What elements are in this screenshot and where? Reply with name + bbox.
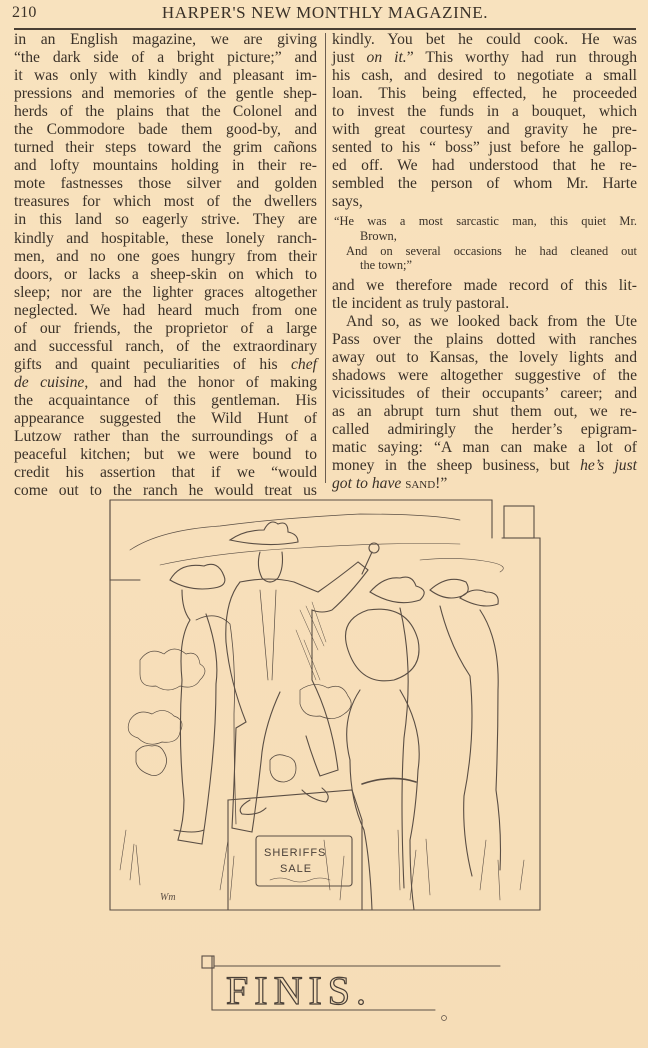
page-header: 210 HARPER'S NEW MONTHLY MAGAZINE. xyxy=(12,0,638,26)
text-line: Lutzow rather than the surroundings of a xyxy=(14,428,317,446)
text-line-mixed: money in the sheep business, but he’s ju… xyxy=(332,457,637,475)
verse-line: Brown, xyxy=(332,229,637,244)
page-number: 210 xyxy=(12,4,72,22)
italic-text-on-it: on it. xyxy=(367,49,407,66)
italic-text-de-cuisine: de cuisine xyxy=(14,374,84,391)
text-run: money in the sheep business, but xyxy=(332,457,570,474)
text-line: tle incident as truly pastoral. xyxy=(332,295,637,313)
finis-title: FINIS. xyxy=(226,968,372,1013)
text-line: treasures for which most of the dwellers xyxy=(14,193,317,211)
text-run: , and had the honor of making xyxy=(84,374,317,391)
text-line: ed off. We had understood that he re- xyxy=(332,157,637,175)
text-run: gifts and quaint peculiarities of his xyxy=(14,356,278,373)
illustration-sheriffs-sale: SHERIFFS SALE FIN xyxy=(100,490,560,1038)
verse-line: “He was a most sarcastic man, this quiet… xyxy=(332,214,637,229)
sign-text-sale: SALE xyxy=(280,863,312,875)
text-line: vicissitudes of their occupants’ career;… xyxy=(332,385,637,403)
text-line: kindly and hospitable, these lonely ranc… xyxy=(14,230,317,248)
sign-text-sheriffs: SHERIFFS xyxy=(264,847,326,859)
text-line: as an abrupt turn shut them out, we re- xyxy=(332,403,637,421)
text-line: appearance suggested the Wild Hunt of xyxy=(14,410,317,428)
text-line: mote fastnesses those silver and golden xyxy=(14,175,317,193)
text-line: pressions and memories of the gentle she… xyxy=(14,85,317,103)
text-line: called admiringly the herder’s epigram- xyxy=(332,421,637,439)
artist-signature: Wm xyxy=(160,892,176,903)
text-line: in an English magazine, we are giving xyxy=(14,31,317,49)
text-line: Pass over the plains dotted with ranches xyxy=(332,331,637,349)
text-line: sleep; nor are the lighter graces altoge… xyxy=(14,284,317,302)
header-rule xyxy=(14,28,636,30)
column-divider xyxy=(325,33,326,483)
text-line-mixed: gifts and quaint peculiarities of his ch… xyxy=(14,356,317,374)
text-run: ” This worthy had run through xyxy=(407,49,637,66)
verse-line: the town;” xyxy=(332,258,637,273)
text-line: credit his assertion that if we “would xyxy=(14,464,317,482)
text-line: sented to his “ boss” just before he gal… xyxy=(332,139,637,157)
text-line: peaceful kitchen; but we were bound to xyxy=(14,446,317,464)
text-line: away out to Kansas, the lovely lights an… xyxy=(332,349,637,367)
text-line: in this land so eagerly strive. They are xyxy=(14,211,317,229)
text-line: sembled the person of whom Mr. Harte xyxy=(332,175,637,193)
italic-text: he’s just xyxy=(580,457,637,474)
text-line: shadows were altogether suggestive of th… xyxy=(332,367,637,385)
text-line: matic saying: “A man can make a lot of xyxy=(332,439,637,457)
left-column: in an English magazine, we are giving “t… xyxy=(14,31,317,500)
text-line: doors, or lacks a sheep-skin on which to xyxy=(14,266,317,284)
verse-line: And on several occasions he had cleaned … xyxy=(332,244,637,259)
text-line: with great courtesy and gravity he pre- xyxy=(332,121,637,139)
text-line: says, xyxy=(332,193,637,211)
text-columns: in an English magazine, we are giving “t… xyxy=(14,31,637,483)
engraving: SHERIFFS SALE FIN xyxy=(100,490,560,1038)
text-line-mixed: just on it.” This worthy had run through xyxy=(332,49,637,67)
text-line: loan. This being effected, he proceeded xyxy=(332,85,637,103)
text-line: herds of the plains that the Colonel and xyxy=(14,103,317,121)
text-line: men, and no one goes hungry from their xyxy=(14,248,317,266)
text-line: to invest the funds in a bouquet, which xyxy=(332,103,637,121)
text-line: neglected. We had heard much from one xyxy=(14,302,317,320)
magazine-page: 210 HARPER'S NEW MONTHLY MAGAZINE. in an… xyxy=(0,0,648,1048)
text-line: his cash, and desired to negotiate a sma… xyxy=(332,67,637,85)
text-line: and successful ranch, of the extraordina… xyxy=(14,338,317,356)
text-line: “the dark side of a bright picture;” and xyxy=(14,49,317,67)
text-line: and we therefore made record of this lit… xyxy=(332,277,637,295)
text-line: the acquaintance of this gentleman. His xyxy=(14,392,317,410)
text-line: And so, as we looked back from the Ute xyxy=(332,313,637,331)
text-line: kindly. You bet he could cook. He was xyxy=(332,31,637,49)
text-line: of our friends, the proprietor of a larg… xyxy=(14,320,317,338)
running-title: HARPER'S NEW MONTHLY MAGAZINE. xyxy=(72,3,578,23)
text-line: the Commodore bade them good-by, and xyxy=(14,121,317,139)
text-run: just xyxy=(332,49,355,66)
right-column: kindly. You bet he could cook. He was ju… xyxy=(332,31,637,493)
text-line-mixed: de cuisine, and had the honor of making xyxy=(14,374,317,392)
italic-text-chef: chef xyxy=(291,356,317,373)
text-line: turned their steps toward the grim cañon… xyxy=(14,139,317,157)
text-line: and lofty mountains holding in their re- xyxy=(14,157,317,175)
text-line: it was only with kindly and pleasant im- xyxy=(14,67,317,85)
